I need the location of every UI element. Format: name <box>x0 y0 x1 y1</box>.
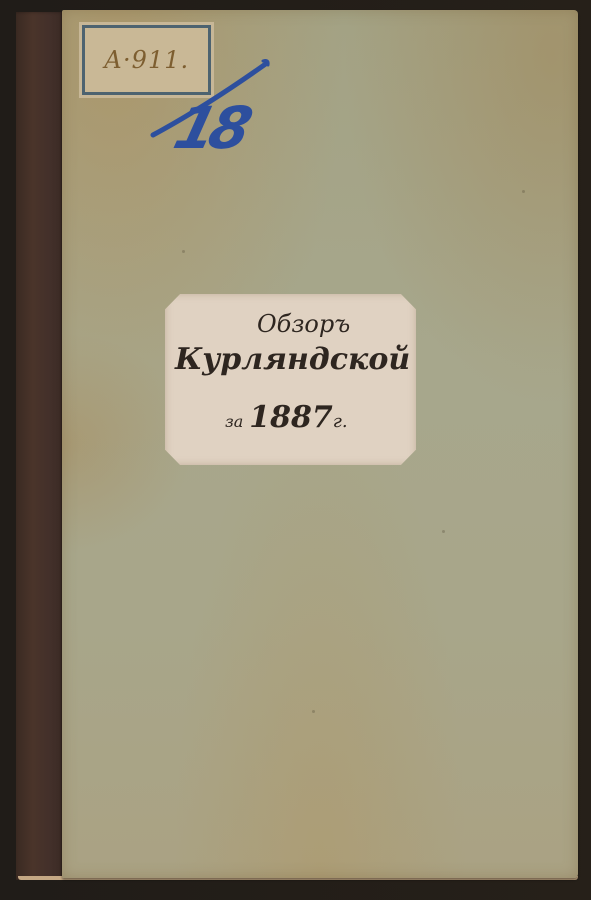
paper-speck <box>442 530 445 533</box>
year-suffix: г. <box>333 411 348 432</box>
paper-speck <box>182 250 185 253</box>
year-value: 1887 <box>249 400 333 435</box>
year-prefix: за <box>225 412 243 431</box>
title-label: Обзоръ Курляндскойгуб. за1887г. <box>165 294 416 465</box>
document-scan: А·911. 18 Обзоръ Курляндскойгуб. за1887г… <box>0 0 591 900</box>
paper-speck <box>522 190 525 193</box>
title-line-review: Обзоръ <box>257 310 350 338</box>
title-line-region: Курляндскойгуб. <box>175 342 452 377</box>
region-name: Курляндской <box>175 342 410 377</box>
paper-speck <box>312 710 315 713</box>
title-line-year: за1887г. <box>225 400 348 435</box>
book-spine <box>16 12 64 880</box>
